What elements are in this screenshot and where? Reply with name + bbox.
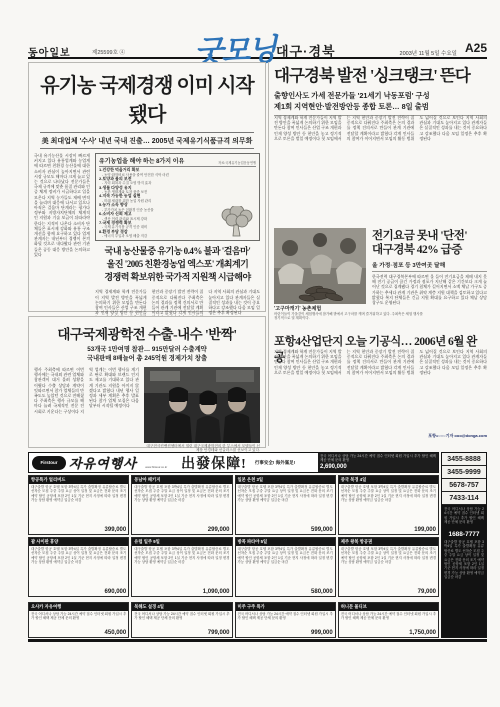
date-line: 2003년 11월 5일 수요일 [400,49,457,57]
ad-box: 항공특가 얼리버드대구출발 항공 호텔 포함 3박4일 특가 출발확정 유류할증… [28,475,129,535]
ad-box-title: 괌 사이판 휴양 [29,538,128,546]
ad-box-price: 580,000 [236,589,335,596]
banner-side-ad-text: 전국 어디서나 상담 가능 24시간 예약 접수 인터넷 회원 가입시 추가 할… [320,454,436,464]
ad-box-price: 399,000 [29,527,128,534]
ad-box-body: 대구출발 항공 호텔 포함 3박4일 특가 출발확정 유류할증료 별도 선착순 … [132,484,231,527]
broccoli-illustration-icon [216,206,256,238]
ad-box-body: 대구출발 항공 호텔 포함 3박4일 특가 출발확정 유류할증료 별도 선착순 … [236,546,335,589]
ad-box-price: 999,000 [236,630,335,637]
column-divider [268,62,269,446]
ad-phone-number: 3455-9999 [442,466,486,479]
ad-box-body: 대구출발 항공 호텔 포함 3박4일 특가 출발확정 유류할증료 별도 선착순 … [339,546,438,589]
ad-box-title: 제주 왕복 항공권 [339,538,438,546]
ad-box-title: 방콕 파타야 5일 [236,538,335,546]
optical-columns: 행사 주최측에 따르면 이번 행사에는 국내외 관련 업체와 참관객이 대거 몰… [34,367,139,455]
infobox-item-title: 3.생물 다양성 유지 [99,185,132,190]
powercut-body: 한국전력 대구경북본부에 따르면 올 들어 전기요금을 제때 내지 못해 전기 … [372,274,487,314]
ad-box-price: 599,000 [236,527,335,534]
ad-box: 방콕 파타야 5일대구출발 항공 호텔 포함 3박4일 특가 출발확정 유류할증… [235,537,336,597]
infobox-item-title: 8.환경 부담 경감 [99,229,128,234]
optical-photo-block: 대구전시컨벤션센터에서 열린 대구국제광학전의 한 부스에서 모델들이 신제품 … [144,367,260,461]
newspaper-page: 동아일보 제25599호 ④ 굿모닝 대구·경북 2003년 11월 5일 수요… [0,0,500,707]
infobox-item-title: 5.농가 소득 향상 [99,202,128,207]
thinktank-sub1: 출향인사도 가세 전문가들 '21세기 낙동포럼' 구성 [274,90,487,101]
ad-box-body: 전국 어디서나 상담 가능 24시간 예약 접수 인터넷 회원 가입시 추가 할… [29,611,128,630]
hotline-ad-text: 전국 어디서나 상담 가능 24시간 예약 접수 인터넷 회원 가입시 추가 할… [444,507,484,529]
infobox-item-title: 6.소비자 신뢰 제고 [99,211,132,216]
ad-box-price: 690,000 [29,589,128,596]
ad-box-body: 전국 어디서나 상담 가능 24시간 예약 접수 인터넷 회원 가입시 추가 할… [132,611,231,630]
ad-box-price: 799,000 [132,630,231,637]
article-organic-subhead: 美 최대업체 '수사' 내년 국내 진출… 2005년 국제유기식품규격 의무화 [40,132,254,149]
ad-phone-number: 7433-114 [442,492,486,505]
section-name: 대구·경북 [276,41,336,60]
page-number: A25 [465,41,487,55]
ad-box-price: 1,750,000 [339,630,438,637]
optical-fair-photo [144,367,260,443]
powercut-headline-l2: 대구경북 42% 급증 [372,244,487,258]
article-organic-right: 유기농업을 해야 하는 8가지 이유 자료:국제유기농업운동연맹 1.건강한 먹… [95,153,260,331]
ad-box-title: 유럽 일주 9일 [132,538,231,546]
classified-ads-grid: 항공특가 얼리버드대구출발 항공 호텔 포함 3박4일 특가 출발확정 유류할증… [28,475,439,600]
ad-box-body: 대구출발 항공 호텔 포함 3박4일 특가 출발확정 유류할증료 별도 선착순 … [29,484,128,527]
ad-phone-number: 3455-8888 [442,453,486,466]
article-powercut: 전기요금 못내 '단전' 대구경북 42% 급증 올 가정·점포 등 3만여곳 … [372,230,487,314]
ad-box-body: 대구출발 항공 호텔 포함 3박4일 특가 출발확정 유류할증료 별도 선착순 … [339,484,438,527]
hotline-ad-text2: 대구출발 항공 호텔 포함 3박4일 특가 출발확정 유류할증료 별도 선착순 … [444,540,484,600]
banner-side-ad-price: 2,690,000 [320,464,436,470]
ad-box-title: 동남아 패키지 [132,476,231,484]
thinktank-subheads: 출향인사도 가세 전문가들 '21세기 낙동포럼' 구성 제1회 지역현안·발전… [274,90,487,112]
ad-tagline: 行事安全! 海外滿足! [255,460,295,466]
ad-box: 미주 구주 특가전국 어디서나 상담 가능 24시간 예약 접수 인터넷 회원 … [235,602,336,638]
hotline-number: 1688-7777 [444,531,484,538]
agency-name: 자유여행사 [69,456,137,471]
agency-url: www.firstour.co.kr [145,465,167,469]
article-optical-fair: 대구국제광학전 수출-내수 '반짝' 53개국 1만여명 참관… 915만달러 … [28,316,266,448]
phone-ads-strip: 3455-8888 3455-9999 5678-757 7433-114 전국… [441,452,487,638]
pullquote: 울진 '2005 친환경농업 엑스포' 개최계기 [97,258,258,271]
ad-box-body: 전국 어디서나 상담 가능 24시간 예약 접수 인터넷 회원 가입시 추가 할… [339,611,438,630]
powercut-headline: 전기요금 못내 '단전' 대구경북 42% 급증 [372,230,487,257]
infobox-header: 유기농업을 해야 하는 8가지 이유 자료:국제유기농업운동연맹 [99,156,256,167]
pullquote: 경쟁력 확보위한 국가적 지원책 시급해야 [97,271,258,284]
ad-box-body: 전국 어디서나 상담 가능 24시간 예약 접수 인터넷 회원 가입시 추가 할… [236,611,335,630]
ad-box: 일본 온천 3일대구출발 항공 호텔 포함 3박4일 특가 출발확정 유류할증료… [235,475,336,535]
classified-ads-bottom-row: 오사카 자유여행전국 어디서나 상담 가능 24시간 예약 접수 인터넷 회원 … [28,602,439,638]
ad-box-title: 중국 북경 4일 [339,476,438,484]
ad-box-price: 79,000 [339,589,438,596]
ad-box-body: 대구출발 항공 호텔 포함 3박4일 특가 출발확정 유류할증료 별도 선착순 … [132,546,231,589]
ad-box-price: 1,090,000 [132,589,231,596]
ad-box-price: 199,000 [339,527,438,534]
right-middle-row: 전기요금 못내 '단전' 대구경북 42% 급증 올 가정·점포 등 3만여곳 … [274,228,487,330]
ad-box-body: 대구출발 항공 호텔 포함 3박4일 특가 출발확정 유류할증료 별도 선착순 … [29,546,128,589]
optical-headline: 대구국제광학전 수출-내수 '반짝' [34,323,260,343]
ad-box: 오사카 자유여행전국 어디서나 상담 가능 24시간 예약 접수 인터넷 회원 … [28,602,129,638]
ad-box: 북해도 설경 4일전국 어디서나 상담 가능 24시간 예약 접수 인터넷 회원… [131,602,232,638]
ad-box: 유럽 일주 9일대구출발 항공 호텔 포함 3박4일 특가 출발확정 유류할증료… [131,537,232,597]
ad-phone-number: 5678-757 [442,479,486,492]
pohang-byline: 포항=○○○기자 ooo@donga.com [274,433,487,439]
ad-box-price: 299,000 [132,527,231,534]
thinktank-columns: 지역 경제계와 학계 전문가들이 지역 발전 방안을 폭넓게 논의하기 위한 모… [274,115,487,225]
optical-body: 행사 주최측에 따르면 이번 행사에는 국내외 관련 업체와 참관객이 대거 몰… [34,367,260,461]
article-thinktank: 대구경북 발전 '싱크탱크' 뜬다 출향인사도 가세 전문가들 '21세기 낙동… [274,62,487,116]
ad-box-title: 항공특가 얼리버드 [29,476,128,484]
organic-reasons-infobox: 유기농업을 해야 하는 8가지 이유 자료:국제유기농업운동연맹 1.건강한 먹… [95,153,260,241]
hotline-ad-block: 전국 어디서나 상담 가능 24시간 예약 접수 인터넷 회원 가입시 추가 할… [442,505,486,637]
article-organic-col-left: 국내 유기농산물 시장이 빠르게 커지고 있다 유통업계와 농업계에 따르면 친… [34,153,90,331]
powercut-subhead: 올 가정·점포 등 3만여곳 달해 [372,260,487,272]
ad-slogan: 出發保障! [181,453,247,473]
pullquote: 국내 농산물중 유기농 0.4% 불과 '걸음마' [97,245,258,258]
agency-block: 자유여행사 www.firstour.co.kr [69,453,167,473]
article-organic-body: 국내 유기농산물 시장이 빠르게 커지고 있다 유통업계와 농업계에 따르면 친… [34,153,260,331]
infobox-item-title: 4.지속 가능한 농업 실현 [99,193,140,198]
thinktank-sub2: 제1회 지역현안·발전방안등 종합 토론… 8일 출범 [274,101,487,112]
sweet-potato-photo [274,228,366,304]
ad-box: 동남아 패키지대구출발 항공 호텔 포함 3박4일 특가 출발확정 유류할증료 … [131,475,232,535]
infobox-source: 자료:국제유기농업운동연맹 [218,160,256,165]
ad-box-body: 대구출발 항공 호텔 포함 3박4일 특가 출발확정 유류할증료 별도 선착순 … [236,484,335,527]
ad-box: 제주 왕복 항공권대구출발 항공 호텔 포함 3박4일 특가 출발확정 유류할증… [338,537,439,597]
infobox-item-title: 1.건강한 먹을거리 확보 [99,167,139,172]
pohang-columns: 지역 경제계와 학계 전문가들이 지역 발전 방안을 폭넓게 논의하기 위한 모… [274,349,487,433]
paper-name: 동아일보 [28,44,71,59]
ad-box: 중국 북경 4일대구출발 항공 호텔 포함 3박4일 특가 출발확정 유류할증료… [338,475,439,535]
ad-box: 괌 사이판 휴양대구출발 항공 호텔 포함 3박4일 특가 출발확정 유류할증료… [28,537,129,597]
issue-number: 제25599호 ④ [92,48,125,56]
firstour-logo: Firstour [32,456,66,470]
ad-box-price: 450,000 [29,630,128,637]
pohang-body: 지역 경제계와 학계 전문가들이 지역 발전 방안을 폭넓게 논의하기 위한 모… [274,349,487,441]
optical-sub1: 53개국 1만여명 참관… 915만달러 수출계약 [34,345,260,354]
optical-subhead: 53개국 1만여명 참관… 915만달러 수출계약 국내판매 8배늘어 총 24… [34,345,260,363]
ad-box-title: 북해도 설경 4일 [132,603,231,611]
masthead: 동아일보 제25599호 ④ 굿모닝 대구·경북 2003년 11월 5일 수요… [28,40,487,59]
ad-box-title: 허니문 몰디브 [339,603,438,611]
banner-side-ad: 전국 어디서나 상담 가능 24시간 예약 접수 인터넷 회원 가입시 추가 할… [318,453,438,472]
ad-box-title: 미주 구주 특가 [236,603,335,611]
thinktank-headline: 대구경북 발전 '싱크탱크' 뜬다 [274,62,487,86]
article-organic-headline: 유기농 국제경쟁 이미 시작됐다 [34,69,260,127]
article-organic: 유기농 국제경쟁 이미 시작됐다 美 최대업체 '수사' 내년 국내 진출… 2… [28,62,266,312]
ad-box: 허니문 몰디브전국 어디서나 상담 가능 24시간 예약 접수 인터넷 회원 가… [338,602,439,638]
infobox-title: 유기농업을 해야 하는 8가지 이유 [99,156,184,165]
ads-bottom-rule [28,639,487,642]
optical-sub2: 국내판매 8배늘어 총 245억원 경제가치 창출 [34,354,260,363]
ad-box-title: 일본 온천 3일 [236,476,335,484]
travel-ad-banner: Firstour 자유여행사 www.firstour.co.kr 出發保障! … [28,452,439,473]
pullquotes: 국내 농산물중 유기농 0.4% 불과 '걸음마' 울진 '2005 친환경농업… [97,245,258,284]
powercut-headline-l1: 전기요금 못내 '단전' [372,230,487,244]
ad-box-title: 오사카 자유여행 [29,603,128,611]
